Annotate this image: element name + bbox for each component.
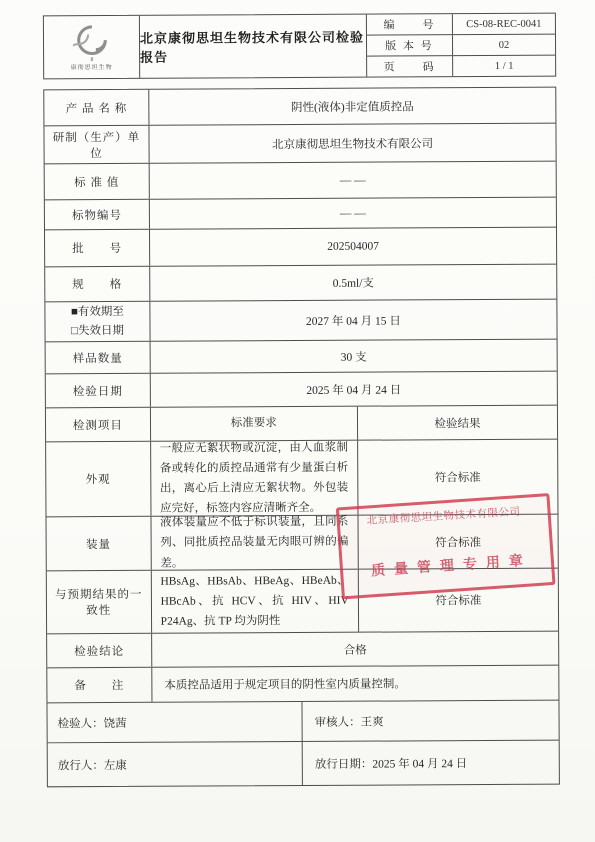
row-standard-value: 标 准 值 — — xyxy=(45,162,556,201)
page-value: 1 / 1 xyxy=(453,56,555,77)
row-batch-no: 批 号 202504007 xyxy=(45,228,556,268)
releaser-cell: 放行人： 左康 xyxy=(48,742,303,786)
spec-label: 规 格 xyxy=(45,267,150,302)
standard-value-value: — — xyxy=(150,162,556,199)
remarks-value: 本质控品适用于规定项目的阴性室内质量控制。 xyxy=(152,666,558,702)
logo-swirl-icon xyxy=(72,23,110,61)
number-label: 编 号 xyxy=(367,14,453,34)
requirement-header: 标准要求 xyxy=(151,407,358,441)
release-date-value: 2025 年 04 月 24 日 xyxy=(372,755,467,771)
row-remarks: 备 注 本质控品适用于规定项目的阴性室内质量控制。 xyxy=(47,666,558,704)
test-date-label: 检验日期 xyxy=(46,374,151,408)
appearance-result: 符合标准 xyxy=(358,440,558,515)
fill-volume-item: 装量 xyxy=(47,517,152,571)
inspector-signature: 饶茜 xyxy=(104,714,127,730)
report-header: 康彻思坦生物 北京康彻思坦生物技术有限公司检验报告 编 号 CS-08-REC-… xyxy=(43,13,556,80)
release-date-cell: 放行日期： 2025 年 04 月 24 日 xyxy=(303,741,559,785)
expiry-label: ■有效期至 □失效日期 xyxy=(45,302,150,342)
row-spec: 规 格 0.5ml/支 xyxy=(45,265,556,303)
spec-value: 0.5ml/支 xyxy=(150,265,556,301)
scanned-report-page: 康彻思坦生物 北京康彻思坦生物技术有限公司检验报告 编 号 CS-08-REC-… xyxy=(0,0,595,842)
info-row-number: 编 号 CS-08-REC-0041 xyxy=(367,14,555,36)
row-consistency: 与预期结果的一致性 HBsAg、HBsAb、HBeAg、HBeAb、 HBcAb… xyxy=(47,569,558,635)
row-conclusion: 检验结论 合格 xyxy=(47,632,558,669)
report-table: 产 品 名 称 阴性(液体)非定值质控品 研制（生产）单位 北京康彻思坦生物技术… xyxy=(43,87,560,788)
inspector-label: 检验人： xyxy=(58,715,104,731)
reviewer-label: 审核人： xyxy=(315,713,361,729)
release-date-label: 放行日期： xyxy=(315,755,373,771)
fill-volume-requirement: 液体装量应不低于标识装量，且同系列、同批质控品装量无肉眼可辨的偏差。 xyxy=(151,516,358,570)
row-sample-qty: 样品数量 30 支 xyxy=(46,340,557,375)
standard-no-label: 标物编号 xyxy=(45,200,150,230)
product-name-label: 产 品 名 称 xyxy=(44,90,149,126)
page-label: 页 码 xyxy=(367,56,453,76)
result-header: 检验结果 xyxy=(358,406,557,440)
title-cell: 北京康彻思坦生物技术有限公司检验报告 xyxy=(140,15,367,78)
number-value: CS-08-REC-0041 xyxy=(453,14,555,35)
releaser-label: 放行人： xyxy=(58,757,104,773)
manufacturer-value: 北京康彻思坦生物技术有限公司 xyxy=(149,124,555,163)
fill-volume-result: 符合标准 xyxy=(358,515,557,569)
product-name-value: 阴性(液体)非定值质控品 xyxy=(149,88,555,125)
company-logo: 康彻思坦生物 xyxy=(44,16,140,79)
reviewer-signature: 王爽 xyxy=(361,713,384,729)
row-product-name: 产 品 名 称 阴性(液体)非定值质控品 xyxy=(44,88,555,127)
appearance-requirement: 一般应无絮状物或沉淀，由人血浆制备或转化的质控品通常有少量蛋白析出，离心后上清应… xyxy=(151,441,359,516)
consistency-item: 与预期结果的一致性 xyxy=(47,571,152,634)
sample-qty-label: 样品数量 xyxy=(46,342,151,374)
row-fill-volume: 装量 液体装量应不低于标识装量，且同系列、同批质控品装量无肉眼可辨的偏差。 符合… xyxy=(47,515,558,572)
row-expiry: ■有效期至 □失效日期 2027 年 04 月 15 日 xyxy=(45,300,556,343)
releaser-signature: 左康 xyxy=(104,756,127,772)
batch-no-value: 202504007 xyxy=(150,228,556,266)
row-release: 放行人： 左康 放行日期： 2025 年 04 月 24 日 xyxy=(48,741,559,787)
info-row-version: 版 本 号 02 xyxy=(367,35,555,57)
batch-no-label: 批 号 xyxy=(45,230,150,267)
logo-caption: 康彻思坦生物 xyxy=(71,62,113,71)
sample-qty-value: 30 支 xyxy=(151,340,557,373)
standard-value-label: 标 准 值 xyxy=(45,164,150,200)
test-date-value: 2025 年 04 月 24 日 xyxy=(151,372,557,407)
header-info-table: 编 号 CS-08-REC-0041 版 本 号 02 页 码 1 / 1 xyxy=(367,14,555,77)
row-appearance: 外观 一般应无絮状物或沉淀，由人血浆制备或转化的质控品通常有少量蛋白析出，离心后… xyxy=(46,440,557,518)
inspector-cell: 检验人： 饶茜 xyxy=(47,702,302,742)
consistency-result: 符合标准 xyxy=(359,569,558,632)
conclusion-label: 检验结论 xyxy=(47,634,152,668)
expiry-value: 2027 年 04 月 15 日 xyxy=(150,300,556,341)
document-title: 北京康彻思坦生物技术有限公司检验报告 xyxy=(140,27,366,66)
row-inspector-reviewer: 检验人： 饶茜 审核人： 王爽 xyxy=(47,701,558,744)
row-test-date: 检验日期 2025 年 04 月 24 日 xyxy=(46,372,557,409)
version-label: 版 本 号 xyxy=(367,35,453,55)
manufacturer-label: 研制（生产）单位 xyxy=(44,126,149,164)
version-value: 02 xyxy=(453,35,555,56)
standard-no-value: — — xyxy=(150,198,556,229)
appearance-item: 外观 xyxy=(46,442,151,517)
info-row-page: 页 码 1 / 1 xyxy=(367,56,555,77)
test-item-header: 检测项目 xyxy=(46,408,151,442)
expiry-checkbox-unchecked: □失效日期 xyxy=(71,321,124,340)
reviewer-cell: 审核人： 王爽 xyxy=(302,701,558,741)
row-manufacturer: 研制（生产）单位 北京康彻思坦生物技术有限公司 xyxy=(44,124,555,165)
consistency-requirement: HBsAg、HBsAb、HBeAg、HBeAb、 HBcAb、抗 HCV、抗 H… xyxy=(151,570,359,633)
row-standard-no: 标物编号 — — xyxy=(45,198,556,231)
conclusion-value: 合格 xyxy=(152,632,558,667)
expiry-checkbox-checked: ■有效期至 xyxy=(71,303,124,322)
remarks-label: 备 注 xyxy=(47,668,152,703)
